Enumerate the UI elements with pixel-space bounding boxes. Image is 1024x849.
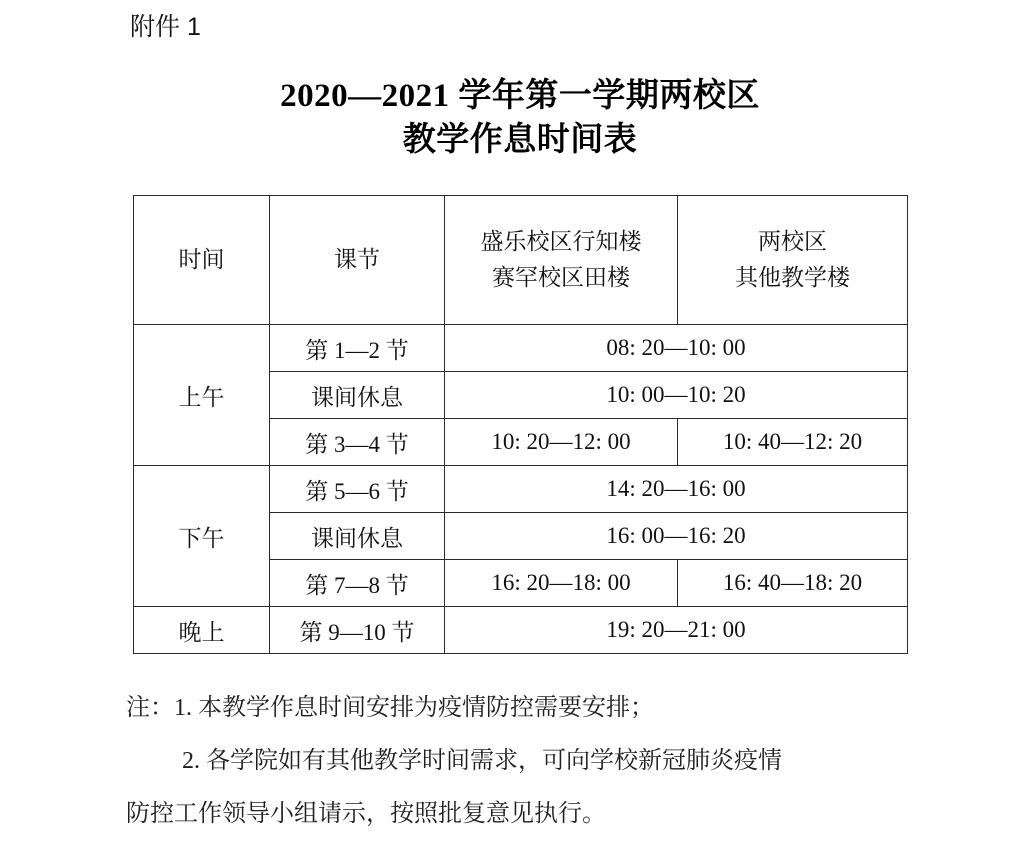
note-line-3: 防控工作领导小组请示，按照批复意见执行。 <box>126 788 918 841</box>
cell-time-campus-b: 16: 40—18: 20 <box>678 560 908 607</box>
cell-time-merged: 16: 00—16: 20 <box>445 513 908 560</box>
table-header-row: 时间 课节 盛乐校区行知楼 赛罕校区田楼 两校区 其他教学楼 <box>134 196 908 325</box>
header-time-label: 时间 <box>179 247 225 272</box>
cell-group-morning: 上午 <box>134 325 270 466</box>
header-campus-b-line1: 两校区 <box>758 229 827 254</box>
cell-time-campus-b: 10: 40—12: 20 <box>678 419 908 466</box>
notes-section: 注：1. 本教学作息时间安排为疫情防控需要安排； 2. 各学院如有其他教学时间需… <box>126 682 918 841</box>
cell-period: 第 3—4 节 <box>270 419 445 466</box>
attachment-label: 附件 1 <box>130 7 201 43</box>
cell-period: 第 7—8 节 <box>270 560 445 607</box>
header-campus-a-line2: 赛罕校区田楼 <box>492 265 630 290</box>
header-time: 时间 <box>134 196 270 325</box>
cell-period: 第 9—10 节 <box>270 607 445 654</box>
cell-time-merged: 10: 00—10: 20 <box>445 372 908 419</box>
page-title-line1: 2020—2021 学年第一学期两校区 <box>133 74 907 118</box>
table-row: 下午 第 5—6 节 14: 20—16: 00 <box>134 466 908 513</box>
cell-time-campus-a: 16: 20—18: 00 <box>445 560 678 607</box>
table-row: 上午 第 1—2 节 08: 20—10: 00 <box>134 325 908 372</box>
header-period-label: 课节 <box>334 247 380 272</box>
table-row: 晚上 第 9—10 节 19: 20—21: 00 <box>134 607 908 654</box>
cell-time-merged: 08: 20—10: 00 <box>445 325 908 372</box>
header-campus-a: 盛乐校区行知楼 赛罕校区田楼 <box>445 196 678 325</box>
cell-period: 第 1—2 节 <box>270 325 445 372</box>
cell-group-evening: 晚上 <box>134 607 270 654</box>
note-line-1: 注：1. 本教学作息时间安排为疫情防控需要安排； <box>126 682 918 735</box>
header-campus-b: 两校区 其他教学楼 <box>678 196 908 325</box>
cell-time-merged: 14: 20—16: 00 <box>445 466 908 513</box>
cell-group-afternoon: 下午 <box>134 466 270 607</box>
schedule-table: 时间 课节 盛乐校区行知楼 赛罕校区田楼 两校区 其他教学楼 上午 第 1—2 … <box>133 195 908 654</box>
cell-period: 课间休息 <box>270 372 445 419</box>
cell-time-campus-a: 10: 20—12: 00 <box>445 419 678 466</box>
cell-time-merged: 19: 20—21: 00 <box>445 607 908 654</box>
document-page: { "document": { "attachment_label": "附件 … <box>0 0 1024 849</box>
header-period: 课节 <box>270 196 445 325</box>
page-title: 2020—2021 学年第一学期两校区 教学作息时间表 <box>133 74 907 162</box>
header-campus-b-line2: 其他教学楼 <box>735 265 850 290</box>
cell-period: 课间休息 <box>270 513 445 560</box>
note-line-2: 2. 各学院如有其他教学时间需求，可向学校新冠肺炎疫情 <box>126 735 918 788</box>
page-title-line2: 教学作息时间表 <box>133 118 907 162</box>
header-campus-a-line1: 盛乐校区行知楼 <box>481 229 642 254</box>
cell-period: 第 5—6 节 <box>270 466 445 513</box>
